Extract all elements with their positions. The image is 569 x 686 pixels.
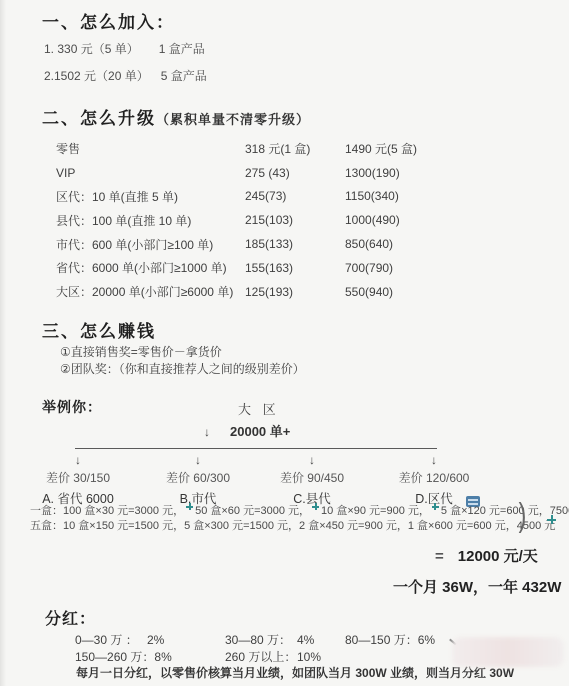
branch-diff: 差价 90/450: [251, 469, 373, 486]
plus-icon: [312, 503, 319, 510]
calc-label: 五盒：: [30, 520, 63, 532]
calc-line-five-box: 五盒：10 盒×150 元=1500 元，5 盒×300 元=1500 元，2 …: [30, 519, 530, 534]
branch-county: ↓ 差价 90/450 C.县代: [251, 453, 373, 507]
tier-range: 0—30 万 ：: [75, 631, 147, 648]
calc-seg: 100 盒×30 元=3000 元，: [63, 505, 184, 517]
calc-seg: 10 盒×150 元=1500 元，5 盒×300 元=1500 元，2 盒×4…: [63, 520, 555, 532]
section-upgrade-title: 二、怎么升级（累积单量不清零升级）: [42, 104, 310, 129]
bonus-tier: 260 万以上：10%: [225, 648, 345, 665]
table-cell-price1: 215(103): [245, 213, 345, 227]
table-cell-price5: 1300(190): [345, 166, 526, 180]
calc-result: =12000 元/天: [435, 545, 538, 566]
bonus-tier: 30—80 万：4%: [225, 631, 345, 648]
bonus-tier: 150—260 万：8%: [75, 648, 225, 665]
bonus-note-amount: 30W: [489, 666, 514, 680]
calc-seg: 10 盒×90 元=900 元，: [321, 505, 430, 517]
join-item-2: 2.1502 元（20 单）5 盒产品: [44, 67, 207, 84]
table-cell-price5: 700(790): [345, 261, 526, 275]
branch-city: ↓ 差价 60/300 B.市代: [137, 453, 259, 507]
table-cell-price5: 850(640): [345, 237, 526, 251]
bonus-note-text: 业绩，则当月分红: [387, 666, 490, 680]
tier-range: 30—80 万：: [225, 631, 297, 648]
join-item-1: 1. 330 元（5 单）1 盒产品: [44, 40, 205, 57]
table-cell-level: 大区：20000 单(小部门≥6000 单): [56, 283, 245, 300]
bonus-tier-row-2: 150—260 万：8% 260 万以上：10%: [75, 648, 345, 665]
bonus-note-amount: 300W: [355, 666, 386, 680]
join-item-2-product: 5 盒产品: [161, 69, 207, 83]
table-cell-price1: 185(133): [245, 237, 345, 251]
bonus-title: 分红：: [45, 606, 96, 629]
calc-summary: 一个月 36W，一年 432W: [393, 576, 561, 597]
table-cell-level: 市代：600 单(小部门≥100 单): [56, 236, 245, 253]
down-arrow-icon: ↓: [137, 453, 259, 467]
example-root-volume: 20000 单+: [230, 424, 290, 439]
section-earn-title: 三、怎么赚钱: [42, 317, 156, 342]
plus-icon: [547, 515, 556, 524]
branch-diff: 差价 30/150: [17, 469, 139, 486]
down-arrow-icon: ↓: [373, 453, 495, 467]
join-item-2-price: 2.1502 元（20 单）: [44, 69, 149, 83]
table-cell-price5: 550(940): [345, 285, 526, 299]
table-cell-level: 省代：6000 单(小部门≥1000 单): [56, 259, 245, 276]
down-arrow-icon: ↓: [17, 453, 139, 467]
tree-horizontal-line: [75, 448, 437, 449]
bonus-note-text: 每月一日分红，以零售价核算当月业绩，如团队当月: [76, 666, 355, 680]
branch-diff: 差价 60/300: [137, 469, 259, 486]
table-cell-level: 零售: [56, 140, 245, 157]
earn-note-1: ①直接销售奖=零售价－拿货价: [60, 343, 222, 360]
tier-pct: 2%: [147, 633, 164, 647]
equals-sign: =: [435, 548, 444, 565]
down-arrow-icon: ↓: [251, 453, 373, 467]
example-root-volume-line: ↓20000 单+: [204, 421, 290, 440]
brace-glyph: ): [519, 498, 527, 532]
join-item-1-product: 1 盒产品: [159, 42, 205, 56]
down-arrow-icon: ↓: [204, 425, 210, 439]
calc-line-one-box: 一盒：100 盒×30 元=3000 元，50 盒×60 元=3000 元，10…: [30, 503, 530, 519]
table-cell-level: 县代：100 单(直推 10 单): [56, 212, 245, 229]
document-page: 一、怎么加入： 1. 330 元（5 单）1 盒产品 2.1502 元（20 单…: [0, 0, 569, 686]
plus-icon: [432, 503, 439, 510]
page-edge-shadow: [0, 0, 6, 686]
table-cell-price5: 1490 元(5 盒): [345, 140, 526, 157]
branch-diff: 差价 120/600: [373, 469, 495, 486]
table-cell-price1: 275 (43): [245, 166, 345, 180]
earn-note-2: ②团队奖：（你和直接推荐人之间的级别差价）: [60, 360, 305, 377]
table-cell-price1: 318 元(1 盒): [245, 140, 345, 157]
section-join-title: 一、怎么加入：: [42, 8, 175, 33]
calc-result-value: 12000 元/天: [458, 548, 538, 565]
example-root-level: 大 区: [238, 399, 280, 418]
join-item-1-price: 1. 330 元（5 单）: [44, 42, 139, 56]
table-cell-price1: 155(163): [245, 261, 345, 275]
calc-seg: 50 盒×60 元=3000 元，: [195, 505, 310, 517]
table-cell-level: VIP: [56, 166, 245, 180]
table-cell-price1: 245(73): [245, 189, 345, 203]
example-diagram: 举例你： 大 区 ↓20000 单+ ↓ 差价 30/150 A. 省代 600…: [0, 395, 569, 503]
bonus-tier-row-1: 0—30 万 ：2% 30—80 万：4% 80—150 万：6%: [75, 631, 435, 648]
tier-pct: 6%: [418, 633, 435, 647]
tier-pct: 8%: [154, 650, 171, 664]
table-cell-level: 区代：10 单(直推 5 单): [56, 188, 245, 205]
tier-range: 260 万以上：: [225, 648, 297, 665]
calc-block: 一盒：100 盒×30 元=3000 元，50 盒×60 元=3000 元，10…: [30, 503, 530, 534]
upgrade-price-table: 零售 318 元(1 盒) 1490 元(5 盒) VIP 275 (43) 1…: [56, 137, 526, 304]
branch-province: ↓ 差价 30/150 A. 省代 6000: [17, 453, 139, 507]
section-upgrade-subtitle: （累积单量不清零升级）: [156, 112, 310, 127]
tier-pct: 10%: [297, 650, 321, 664]
table-cell-price5: 1150(340): [345, 189, 526, 203]
bonus-tier: 80—150 万：6%: [345, 631, 435, 648]
calc-label: 一盒：: [30, 505, 63, 517]
bonus-tier: 0—30 万 ：2%: [75, 631, 225, 648]
tier-pct: 4%: [297, 633, 314, 647]
section-upgrade-title-main: 二、怎么升级: [42, 109, 156, 128]
tier-range: 150—260 万：: [75, 648, 154, 665]
blurred-watermark: [452, 637, 564, 667]
example-label: 举例你：: [42, 397, 102, 417]
bonus-note: 每月一日分红，以零售价核算当月业绩，如团队当月 300W 业绩，则当月分红 30…: [76, 664, 514, 681]
table-cell-price1: 125(193): [245, 285, 345, 299]
tier-range: 80—150 万：: [345, 631, 418, 648]
table-cell-price5: 1000(490): [345, 213, 526, 227]
plus-icon: [186, 503, 193, 510]
